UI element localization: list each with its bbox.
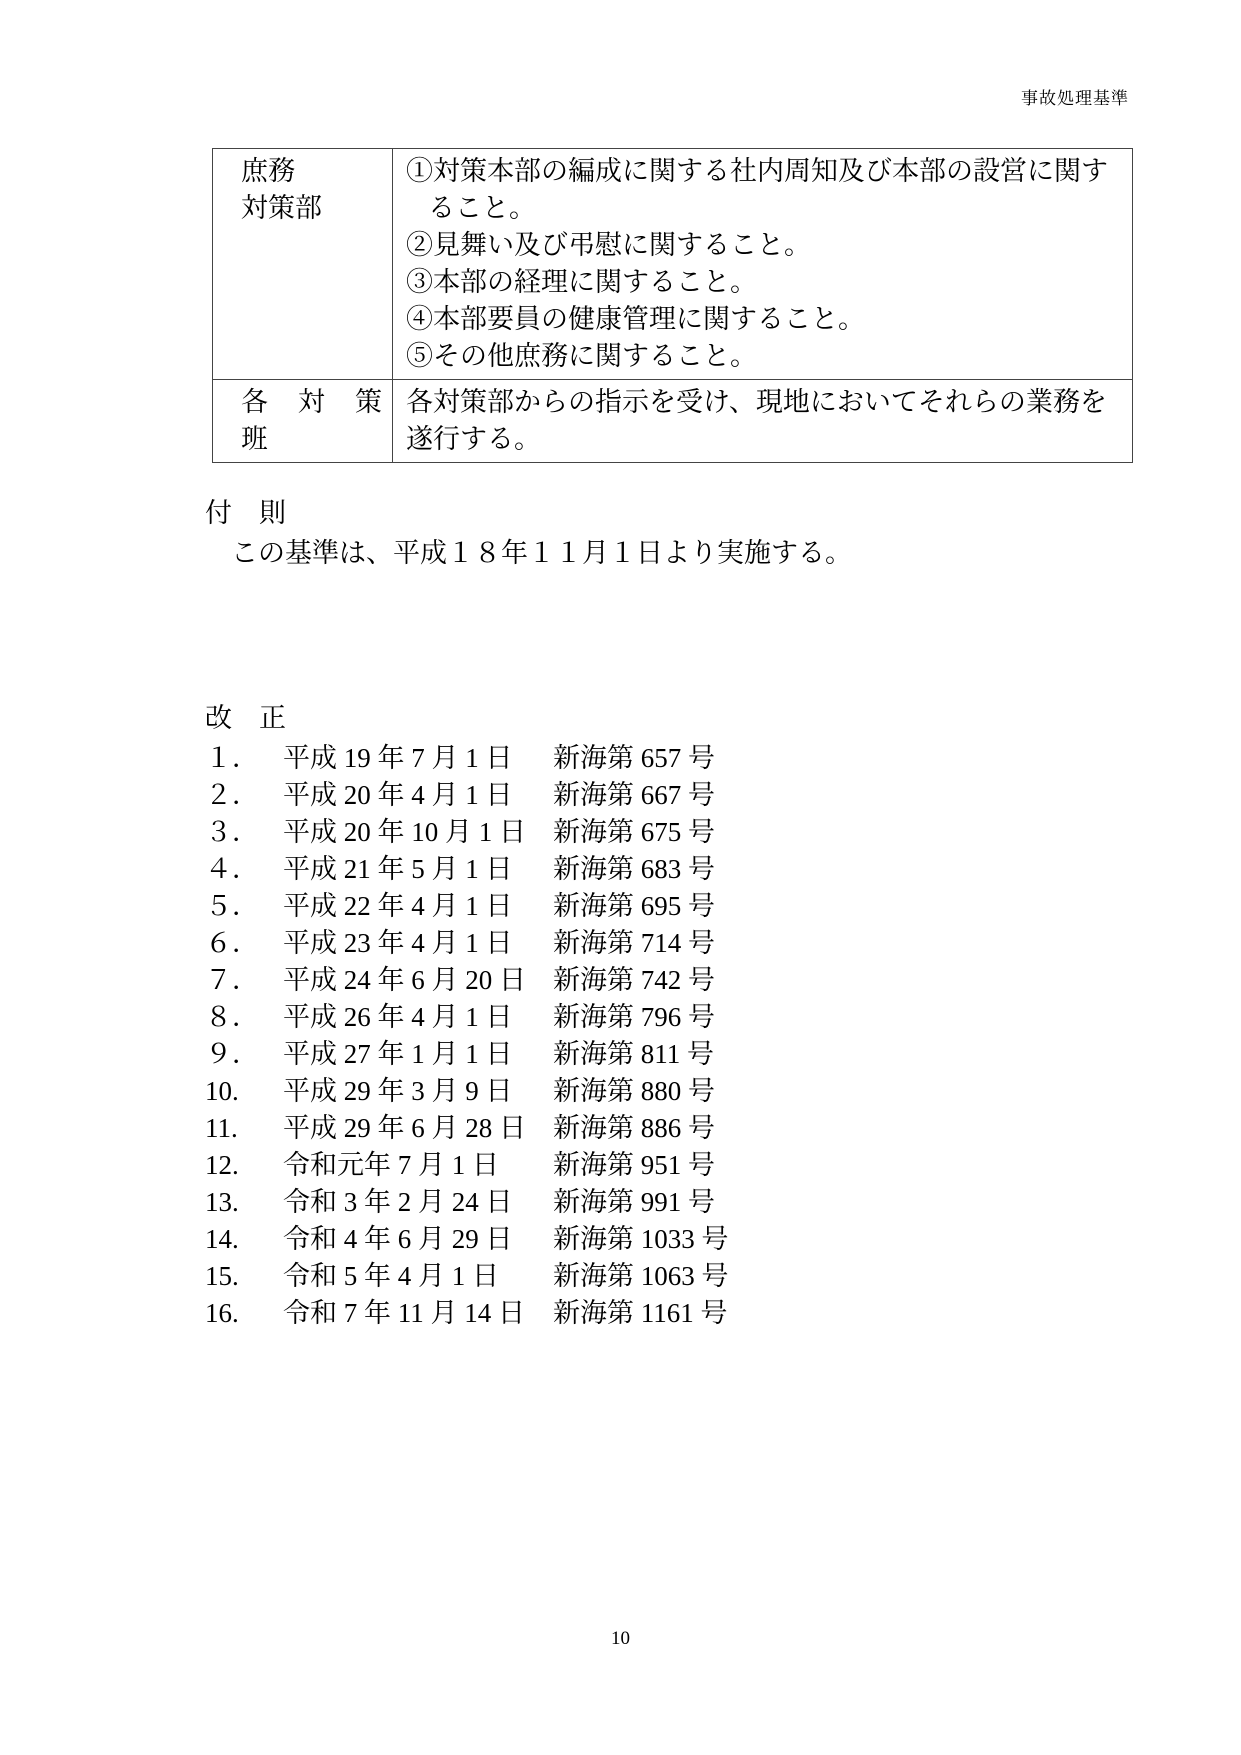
revision-item: ６． 平成 23 年 4 月 1 日 新海第 714 号: [205, 925, 729, 962]
revision-date: 令和 4 年 6 月 29 日: [283, 1221, 553, 1258]
duty-line: ④本部要員の健康管理に関すること。: [406, 301, 1124, 338]
document-header-label: 事故処理基準: [1021, 84, 1129, 109]
revision-history-heading: 改 正: [205, 700, 729, 737]
duty-line: ③本部の経理に関すること。: [406, 264, 1124, 301]
duties-cell: ①対策本部の編成に関する社内周知及び本部の設営に関す ること。 ②見舞い及び弔慰…: [393, 149, 1133, 380]
revision-item: 14. 令和 4 年 6 月 29 日 新海第 1033 号: [205, 1221, 729, 1258]
revision-date: 令和元年 7 月 1 日: [283, 1147, 553, 1184]
revision-date: 平成 20 年 10 月 1 日: [283, 814, 553, 851]
revision-doc-number: 新海第 657 号: [553, 740, 715, 777]
revision-doc-number: 新海第 675 号: [553, 814, 715, 851]
page-number: 10: [0, 1628, 1241, 1650]
revision-doc-number: 新海第 1033 号: [553, 1221, 729, 1258]
revision-doc-number: 新海第 667 号: [553, 777, 715, 814]
revision-item: 16. 令和 7 年 11 月 14 日 新海第 1161 号: [205, 1295, 729, 1332]
revision-item: ９． 平成 27 年 1 月 1 日 新海第 811 号: [205, 1036, 729, 1073]
revision-item: ７． 平成 24 年 6 月 20 日 新海第 742 号: [205, 962, 729, 999]
revision-number: ８．: [205, 999, 283, 1036]
revision-doc-number: 新海第 714 号: [553, 925, 715, 962]
revision-date: 平成 26 年 4 月 1 日: [283, 999, 553, 1036]
revision-number: 13.: [205, 1184, 283, 1221]
duty-line-continuation: ること。: [406, 190, 1124, 227]
revision-item: 10. 平成 29 年 3 月 9 日 新海第 880 号: [205, 1073, 729, 1110]
document-page: 事故処理基準 庶務 対策部 ①対策本部の編成に関する社内周知及び本部の設営に関す…: [0, 0, 1241, 1755]
revision-number: １．: [205, 740, 283, 777]
revision-doc-number: 新海第 796 号: [553, 999, 715, 1036]
revision-doc-number: 新海第 742 号: [553, 962, 715, 999]
revision-doc-number: 新海第 811 号: [553, 1036, 714, 1073]
revision-number: ７．: [205, 962, 283, 999]
revision-date: 平成 29 年 3 月 9 日: [283, 1073, 553, 1110]
revision-number: 10.: [205, 1073, 283, 1110]
supplementary-provision-body: この基準は、平成１８年１１月１日より実施する。: [205, 535, 852, 572]
revision-item: 13. 令和 3 年 2 月 24 日 新海第 991 号: [205, 1184, 729, 1221]
dept-label-line: 各 対 策: [241, 384, 382, 421]
duty-line: ①対策本部の編成に関する社内周知及び本部の設営に関す: [406, 153, 1124, 190]
revision-date: 令和 3 年 2 月 24 日: [283, 1184, 553, 1221]
revision-doc-number: 新海第 1063 号: [553, 1258, 729, 1295]
revision-number: ３．: [205, 814, 283, 851]
revision-number: ６．: [205, 925, 283, 962]
revision-doc-number: 新海第 991 号: [553, 1184, 715, 1221]
table-row-countermeasure-teams: 各 対 策 班 各対策部からの指示を受け、現地においてそれらの業務を 遂行する。: [213, 380, 1133, 463]
revision-date: 平成 29 年 6 月 28 日: [283, 1110, 553, 1147]
duty-line: 遂行する。: [406, 421, 1124, 458]
duties-table-body: 庶務 対策部 ①対策本部の編成に関する社内周知及び本部の設営に関す ること。 ②…: [213, 149, 1133, 463]
revision-number: 16.: [205, 1295, 283, 1332]
revision-doc-number: 新海第 1161 号: [553, 1295, 728, 1332]
revision-item: ２． 平成 20 年 4 月 1 日 新海第 667 号: [205, 777, 729, 814]
revision-date: 令和 5 年 4 月 1 日: [283, 1258, 553, 1295]
revision-list: １． 平成 19 年 7 月 1 日 新海第 657 号 ２． 平成 20 年 …: [205, 740, 729, 1332]
revision-date: 平成 20 年 4 月 1 日: [283, 777, 553, 814]
revision-number: ９．: [205, 1036, 283, 1073]
revision-item: ８． 平成 26 年 4 月 1 日 新海第 796 号: [205, 999, 729, 1036]
revision-date: 令和 7 年 11 月 14 日: [283, 1295, 553, 1332]
dept-label-line: 班: [241, 421, 382, 458]
revision-date: 平成 27 年 1 月 1 日: [283, 1036, 553, 1073]
revision-doc-number: 新海第 951 号: [553, 1147, 715, 1184]
supplementary-provision-heading: 付 則: [205, 495, 852, 532]
revision-doc-number: 新海第 880 号: [553, 1073, 715, 1110]
dept-label-cell: 各 対 策 班: [213, 380, 393, 463]
duties-table: 庶務 対策部 ①対策本部の編成に関する社内周知及び本部の設営に関す ること。 ②…: [212, 148, 1133, 463]
duty-line: ②見舞い及び弔慰に関すること。: [406, 227, 1124, 264]
duty-line: ⑤その他庶務に関すること。: [406, 338, 1124, 375]
revision-item: ３． 平成 20 年 10 月 1 日 新海第 675 号: [205, 814, 729, 851]
table-row-general-affairs: 庶務 対策部 ①対策本部の編成に関する社内周知及び本部の設営に関す ること。 ②…: [213, 149, 1133, 380]
dept-label-line: 対策部: [241, 190, 382, 227]
revision-date: 平成 19 年 7 月 1 日: [283, 740, 553, 777]
revision-date: 平成 24 年 6 月 20 日: [283, 962, 553, 999]
supplementary-provision-section: 付 則 この基準は、平成１８年１１月１日より実施する。: [205, 495, 852, 572]
duties-cell: 各対策部からの指示を受け、現地においてそれらの業務を 遂行する。: [393, 380, 1133, 463]
revision-date: 平成 21 年 5 月 1 日: [283, 851, 553, 888]
dept-label-cell: 庶務 対策部: [213, 149, 393, 380]
revision-number: ４．: [205, 851, 283, 888]
revision-number: 11.: [205, 1110, 283, 1147]
revision-number: ２．: [205, 777, 283, 814]
revision-item: １． 平成 19 年 7 月 1 日 新海第 657 号: [205, 740, 729, 777]
revision-date: 平成 22 年 4 月 1 日: [283, 888, 553, 925]
revision-item: 15. 令和 5 年 4 月 1 日 新海第 1063 号: [205, 1258, 729, 1295]
revision-number: 15.: [205, 1258, 283, 1295]
revision-number: ５．: [205, 888, 283, 925]
duty-line: 各対策部からの指示を受け、現地においてそれらの業務を: [406, 384, 1124, 421]
revision-doc-number: 新海第 695 号: [553, 888, 715, 925]
revision-number: 12.: [205, 1147, 283, 1184]
revision-history-section: 改 正 １． 平成 19 年 7 月 1 日 新海第 657 号 ２． 平成 2…: [205, 700, 729, 1332]
revision-item: 11. 平成 29 年 6 月 28 日 新海第 886 号: [205, 1110, 729, 1147]
revision-item: 12. 令和元年 7 月 1 日 新海第 951 号: [205, 1147, 729, 1184]
revision-item: ５． 平成 22 年 4 月 1 日 新海第 695 号: [205, 888, 729, 925]
dept-label-line: 庶務: [241, 153, 382, 190]
revision-item: ４． 平成 21 年 5 月 1 日 新海第 683 号: [205, 851, 729, 888]
revision-number: 14.: [205, 1221, 283, 1258]
revision-doc-number: 新海第 886 号: [553, 1110, 715, 1147]
revision-doc-number: 新海第 683 号: [553, 851, 715, 888]
revision-date: 平成 23 年 4 月 1 日: [283, 925, 553, 962]
